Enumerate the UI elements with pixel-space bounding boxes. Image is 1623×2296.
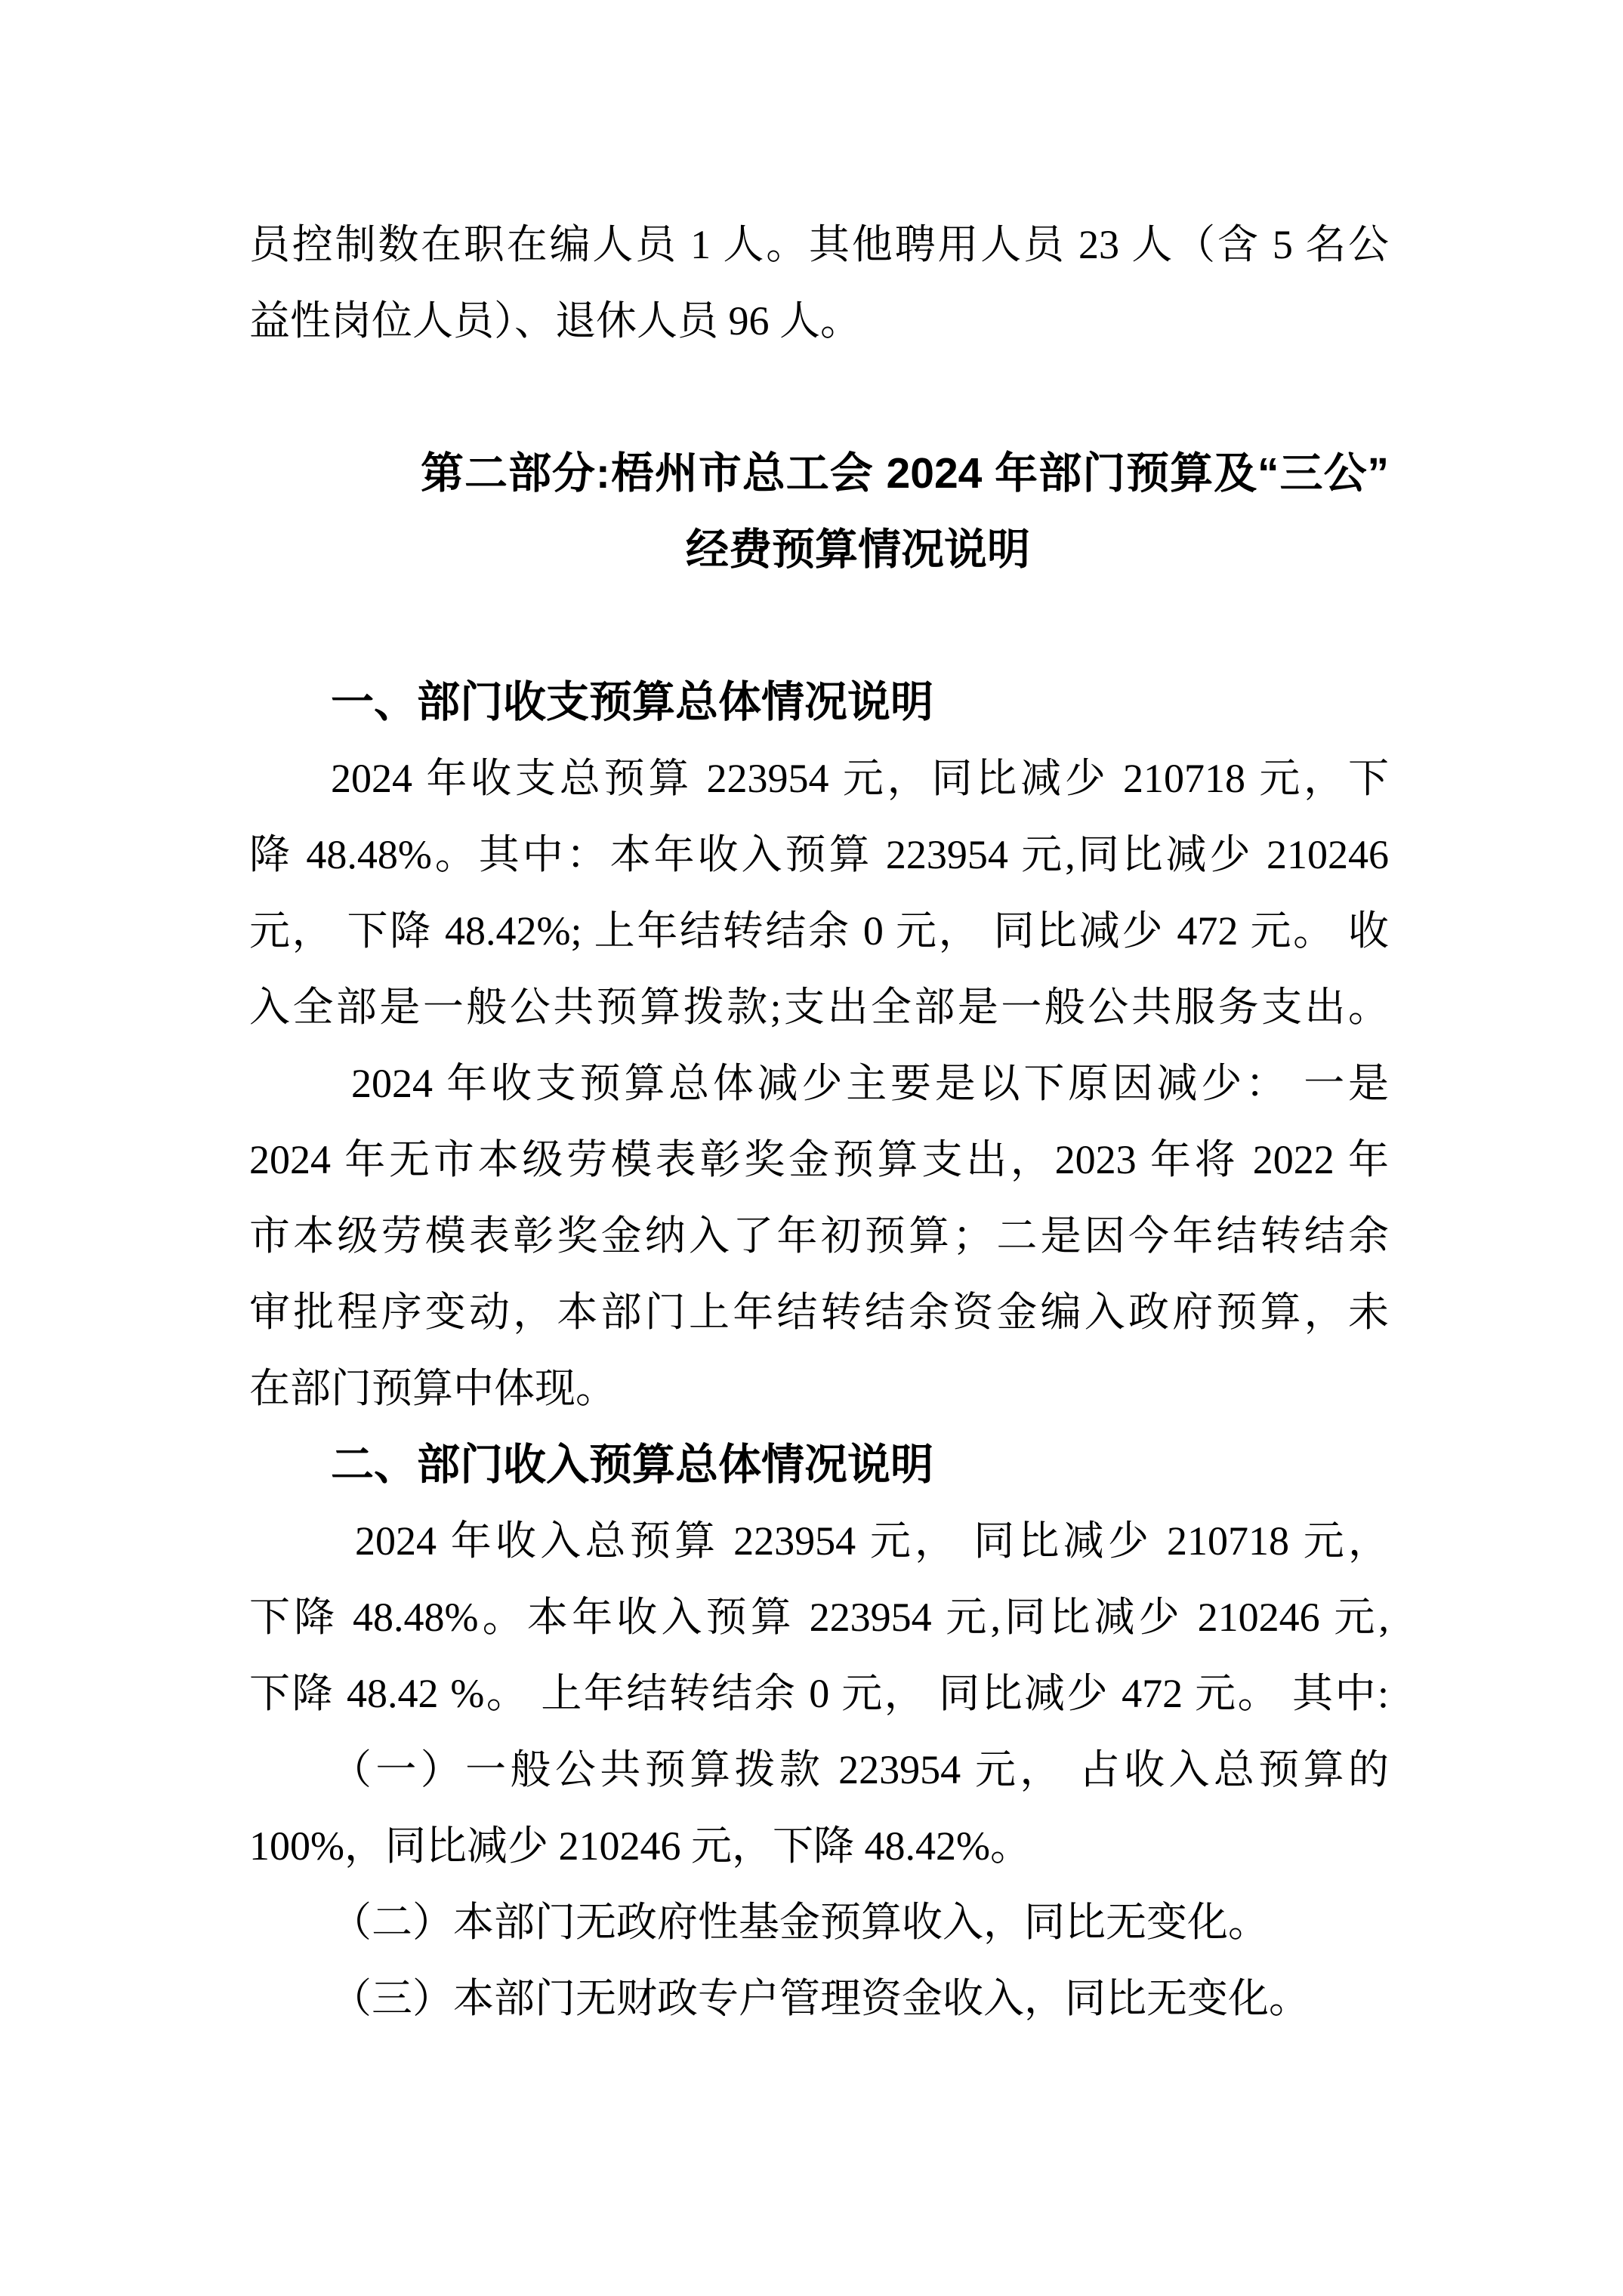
para-fiscal-account-income: （三）本部门无财政专户管理资金收入，同比无变化。 <box>249 1961 1389 2037</box>
text-line: 第二部分:梧州市总工会 2024 年部门预算及“三公” <box>249 436 1389 512</box>
text-line: 元， 下降 48.42%; 上年结转结余 0 元， 同比减少 472 元。 收 <box>249 893 1389 969</box>
text-line: 经费预算情况说明 <box>249 512 1389 588</box>
text-line: （二）本部门无政府性基金预算收入，同比无变化。 <box>249 1885 1389 1961</box>
text-line: 二、部门收入预算总体情况说明 <box>249 1427 1389 1503</box>
section-1-heading: 一、部门收支预算总体情况说明 <box>249 664 1389 741</box>
text-line: （一）一般公共预算拨款 223954 元， 占收入总预算的 <box>249 1732 1389 1808</box>
para-general-budget-allocation: （一）一般公共预算拨款 223954 元， 占收入总预算的100%，同比减少 2… <box>249 1732 1389 1885</box>
text-line: 下降 48.42 %。 上年结转结余 0 元， 同比减少 472 元。 其中: <box>249 1656 1389 1732</box>
para-budget-overview: 2024 年收支总预算 223954 元，同比减少 210718 元，下降 48… <box>249 741 1389 1046</box>
continuation-paragraph: 员控制数在职在编人员 1 人。其他聘用人员 23 人（含 5 名公益性岗位人员）… <box>249 207 1389 359</box>
text-line: 入全部是一般公共预算拨款;支出全部是一般公共服务支出。 <box>249 969 1389 1046</box>
text-line: （三）本部门无财政专户管理资金收入，同比无变化。 <box>249 1961 1389 2037</box>
para-decrease-reasons: 2024 年收支预算总体减少主要是以下原因减少： 一是2024 年无市本级劳模表… <box>249 1046 1389 1427</box>
text-line: 市本级劳模表彰奖金纳入了年初预算；二是因今年结转结余 <box>249 1198 1389 1274</box>
text-line: 员控制数在职在编人员 1 人。其他聘用人员 23 人（含 5 名公 <box>249 207 1389 283</box>
para-govt-fund-income: （二）本部门无政府性基金预算收入，同比无变化。 <box>249 1885 1389 1961</box>
text-line: 2024 年收支预算总体减少主要是以下原因减少： 一是 <box>249 1046 1389 1122</box>
text-line: 降 48.48%。其中：本年收入预算 223954 元,同比减少 210246 <box>249 817 1389 893</box>
text-line: 审批程序变动，本部门上年结转结余资金编入政府预算，未 <box>249 1274 1389 1351</box>
blank-line <box>249 359 1389 436</box>
section-2-heading: 二、部门收入预算总体情况说明 <box>249 1427 1389 1503</box>
text-line: 下降 48.48%。本年收入预算 223954 元,同比减少 210246 元, <box>249 1579 1389 1656</box>
text-line: 在部门预算中体现。 <box>249 1351 1389 1427</box>
text-line: 100%，同比减少 210246 元，下降 48.42%。 <box>249 1808 1389 1885</box>
para-income-overview: 2024 年收入总预算 223954 元， 同比减少 210718 元，下降 4… <box>249 1503 1389 1732</box>
document-page: 员控制数在职在编人员 1 人。其他聘用人员 23 人（含 5 名公益性岗位人员）… <box>0 0 1623 2296</box>
text-line: 2024 年收入总预算 223954 元， 同比减少 210718 元， <box>249 1503 1389 1579</box>
blank-line <box>249 588 1389 664</box>
text-line: 一、部门收支预算总体情况说明 <box>249 664 1389 741</box>
text-line: 益性岗位人员）、退休人员 96 人。 <box>249 283 1389 359</box>
text-line: 2024 年收支总预算 223954 元，同比减少 210718 元，下 <box>249 741 1389 817</box>
text-line: 2024 年无市本级劳模表彰奖金预算支出，2023 年将 2022 年 <box>249 1122 1389 1198</box>
part-two-heading: 第二部分:梧州市总工会 2024 年部门预算及“三公”经费预算情况说明 <box>249 436 1389 588</box>
